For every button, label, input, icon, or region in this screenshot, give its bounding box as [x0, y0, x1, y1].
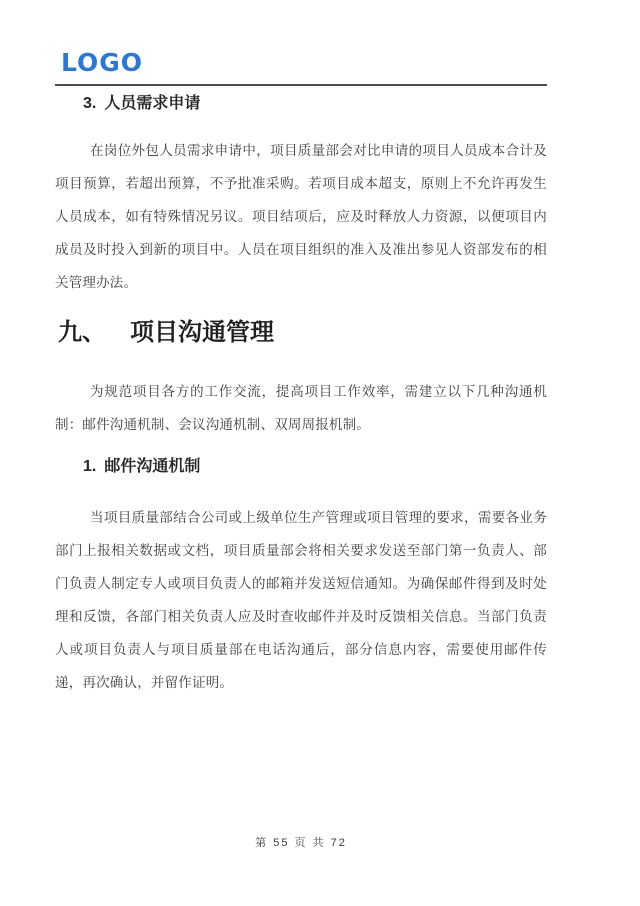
page-number-footer: 第 55 页 共 72: [55, 834, 547, 850]
page-content: LOGO 3.人员需求申请 在岗位外包人员需求申请中，项目质量部会对比申请的项目…: [55, 0, 547, 699]
header-divider: [55, 84, 547, 86]
page-header: LOGO: [55, 48, 547, 86]
heading-number: 3.: [83, 95, 96, 112]
heading-title: 人员需求申请: [104, 95, 200, 112]
heading-personnel-request: 3.人员需求申请: [55, 92, 547, 116]
document-page: LOGO 3.人员需求申请 在岗位外包人员需求申请中，项目质量部会对比申请的项目…: [0, 0, 640, 906]
heading-title: 邮件沟通机制: [104, 458, 200, 475]
chapter-title: 项目沟通管理: [130, 320, 274, 346]
heading-chapter-communication-management: 九、项目沟通管理: [55, 315, 547, 351]
chapter-number: 九、: [58, 320, 106, 346]
heading-number: 1.: [83, 458, 96, 475]
company-logo: LOGO: [61, 48, 547, 78]
heading-email-communication: 1.邮件沟通机制: [55, 455, 547, 479]
paragraph-communication-intro: 为规范项目各方的工作交流，提高项目工作效率，需建立以下几种沟通机制：邮件沟通机制…: [55, 375, 547, 441]
paragraph-personnel-request: 在岗位外包人员需求申请中，项目质量部会对比申请的项目人员成本合计及项目预算，若超…: [55, 134, 547, 299]
paragraph-email-communication: 当项目质量部结合公司或上级单位生产管理或项目管理的要求，需要各业务部门上报相关数…: [55, 501, 547, 699]
